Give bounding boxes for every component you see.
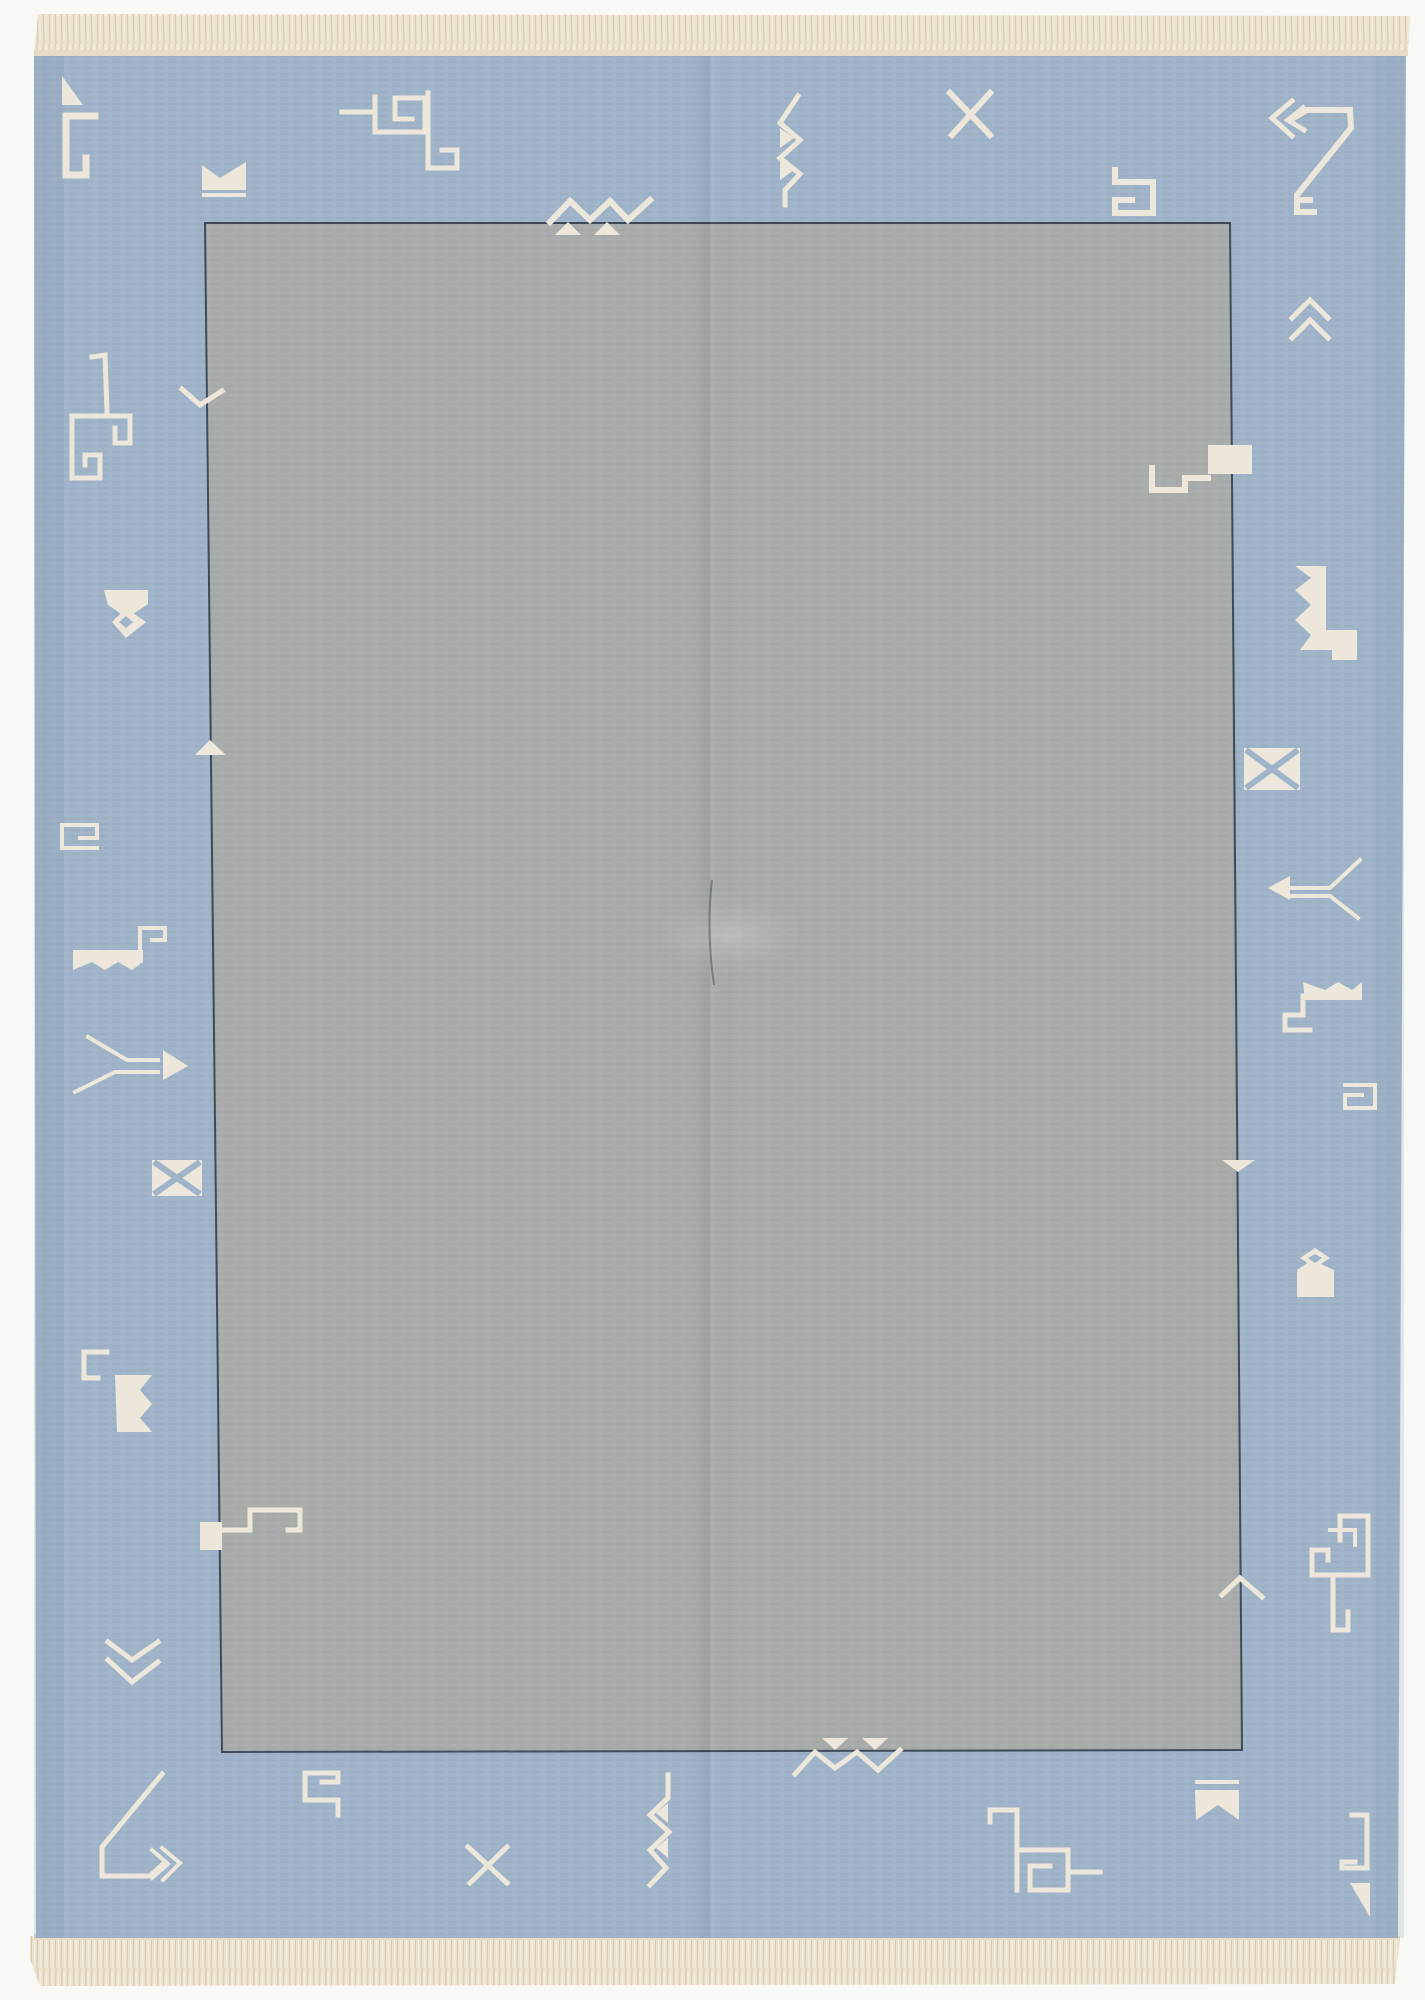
- x-square-right-motif: [1244, 748, 1300, 790]
- top-fringe: [34, 14, 1410, 56]
- bottom-fringe: [30, 1934, 1400, 1986]
- fold-crease: [690, 56, 734, 1938]
- rug-photo: [0, 0, 1425, 2000]
- center-wrinkle: [640, 890, 820, 980]
- rug-illustration: [0, 0, 1425, 2000]
- x-square-left-motif: [152, 1160, 202, 1196]
